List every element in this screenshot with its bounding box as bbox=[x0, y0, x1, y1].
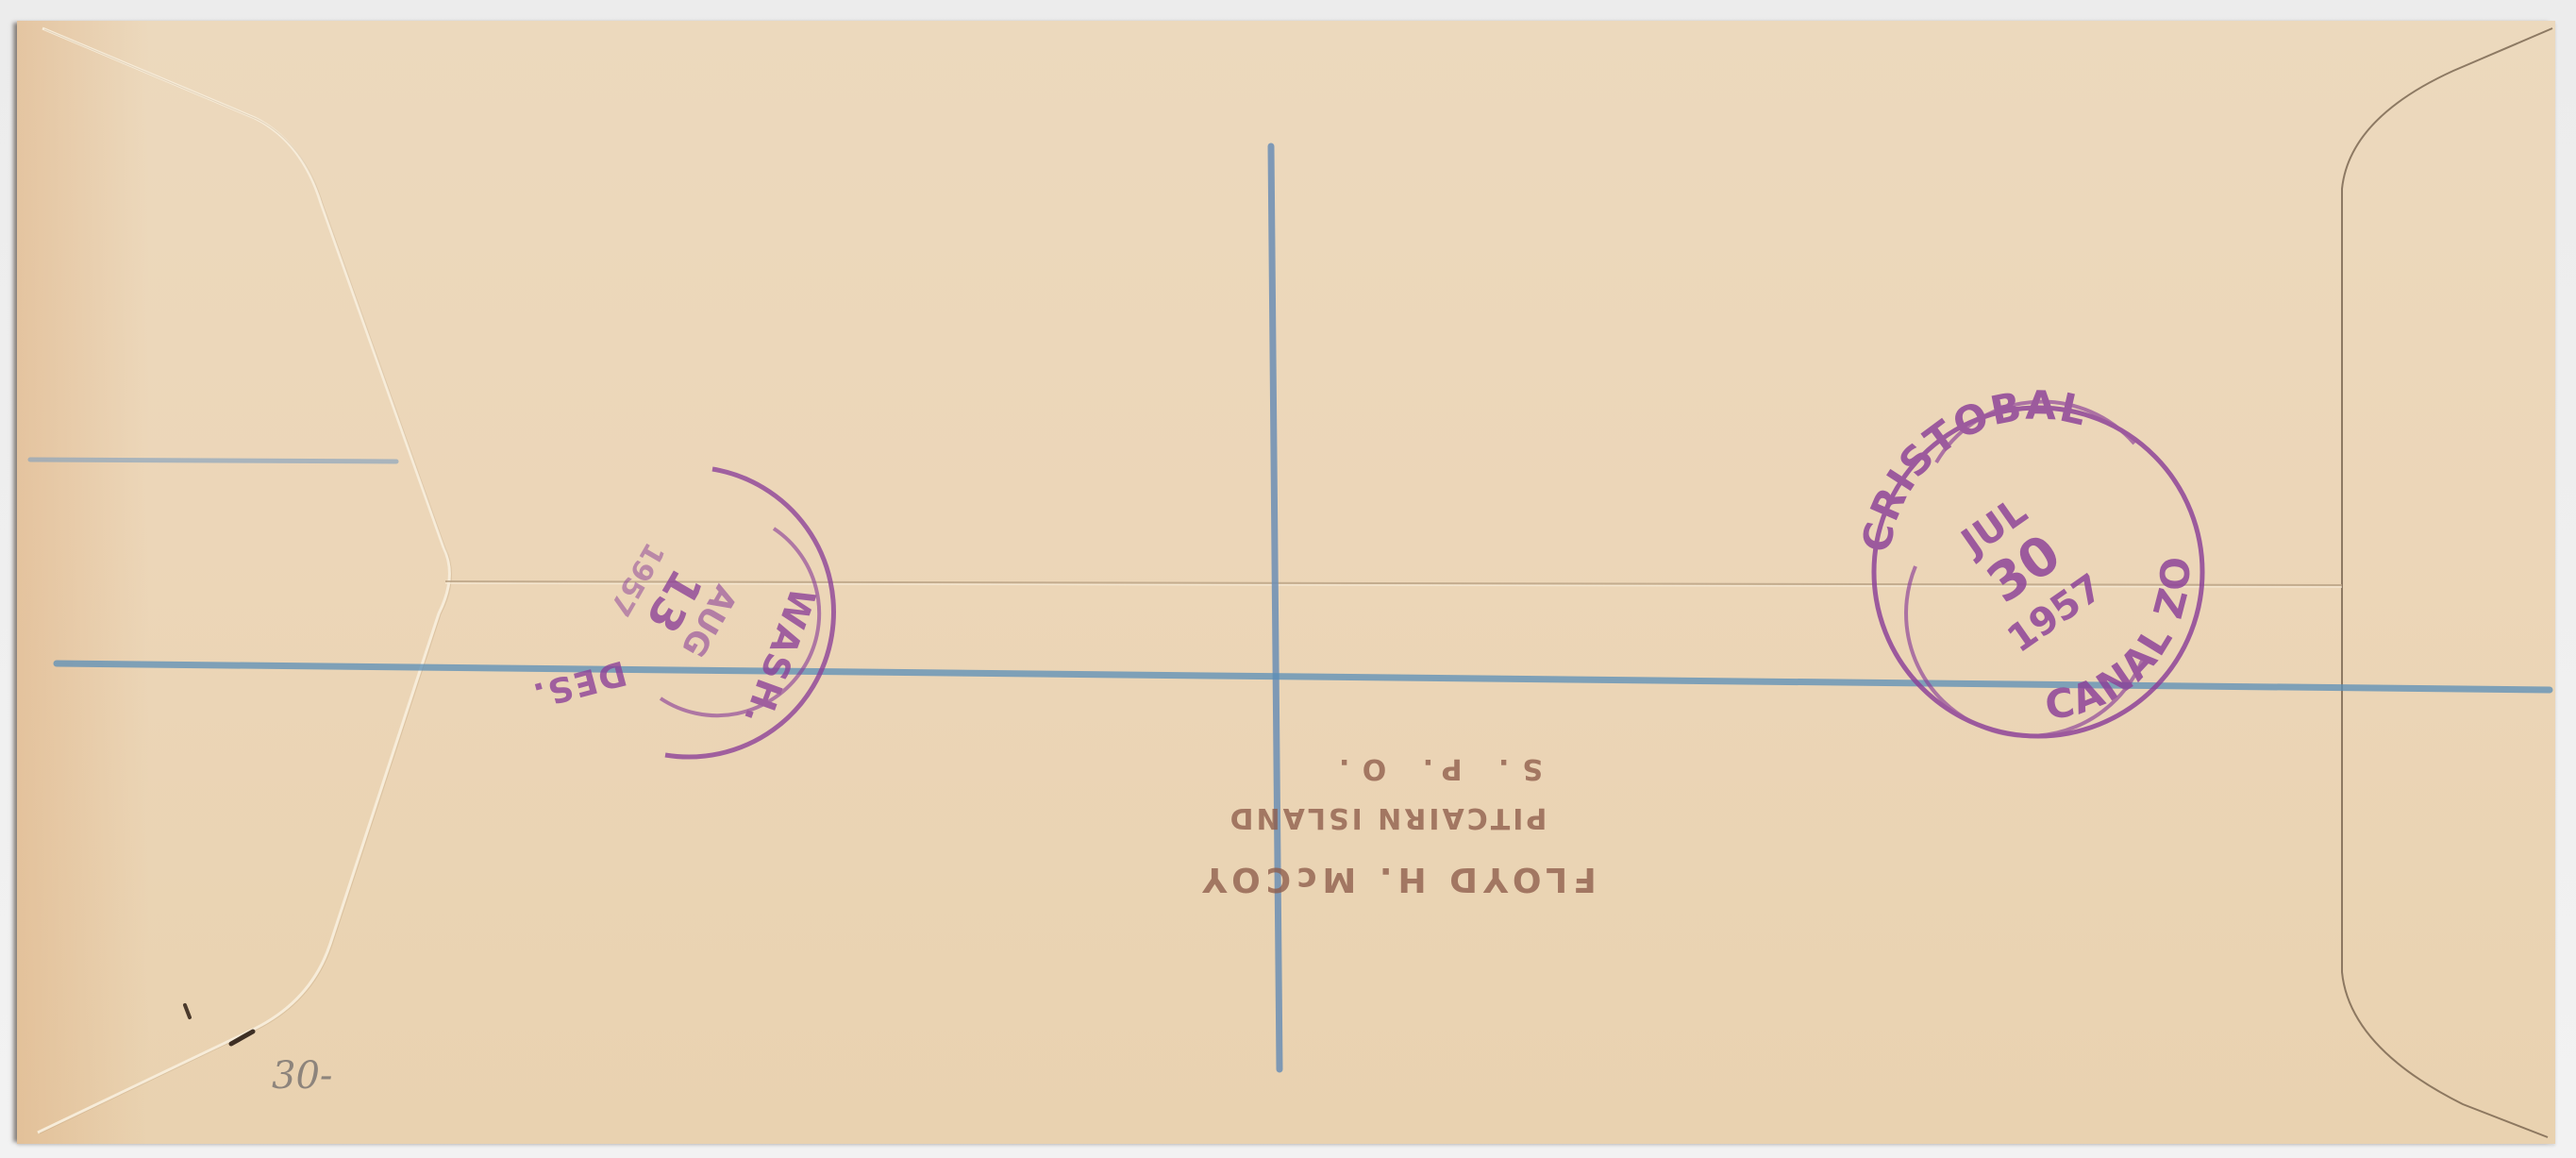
return-address-line-2: PITCAIRN ISLAND bbox=[1228, 801, 1547, 834]
postmark-washington: WASH. DES. AUG 13 1957 bbox=[527, 469, 833, 757]
pencil-tick bbox=[185, 1005, 190, 1017]
envelope-drawing: FLOYD H. McCOY PITCAIRN ISLAND S. P. O. … bbox=[0, 0, 2576, 1158]
postmark-region: CANAL ZONE bbox=[0, 0, 2200, 729]
registration-line-horizontal-lower bbox=[57, 663, 2550, 690]
right-flap-edge bbox=[2342, 28, 2552, 1137]
svg-text:CANAL ZONE: CANAL ZONE bbox=[0, 0, 2200, 729]
return-address-stamp: FLOYD H. McCOY PITCAIRN ISLAND S. P. O. bbox=[1196, 752, 1596, 898]
postmark-cristobal: CRISTOBAL CANAL ZONE JUL 30 1957 bbox=[0, 0, 2202, 736]
return-address-line-1: FLOYD H. McCOY bbox=[1196, 860, 1596, 898]
scan-background: FLOYD H. McCOY PITCAIRN ISLAND S. P. O. … bbox=[0, 0, 2576, 1158]
registration-line-vertical bbox=[1271, 146, 1280, 1069]
pencil-note: 30- bbox=[272, 1054, 332, 1098]
return-address-line-3: S. P. O. bbox=[1326, 752, 1543, 785]
postmark-washington-station: DES. bbox=[527, 652, 630, 714]
registration-line-horizontal-upper bbox=[30, 460, 396, 462]
left-flap-edge bbox=[38, 28, 449, 1133]
